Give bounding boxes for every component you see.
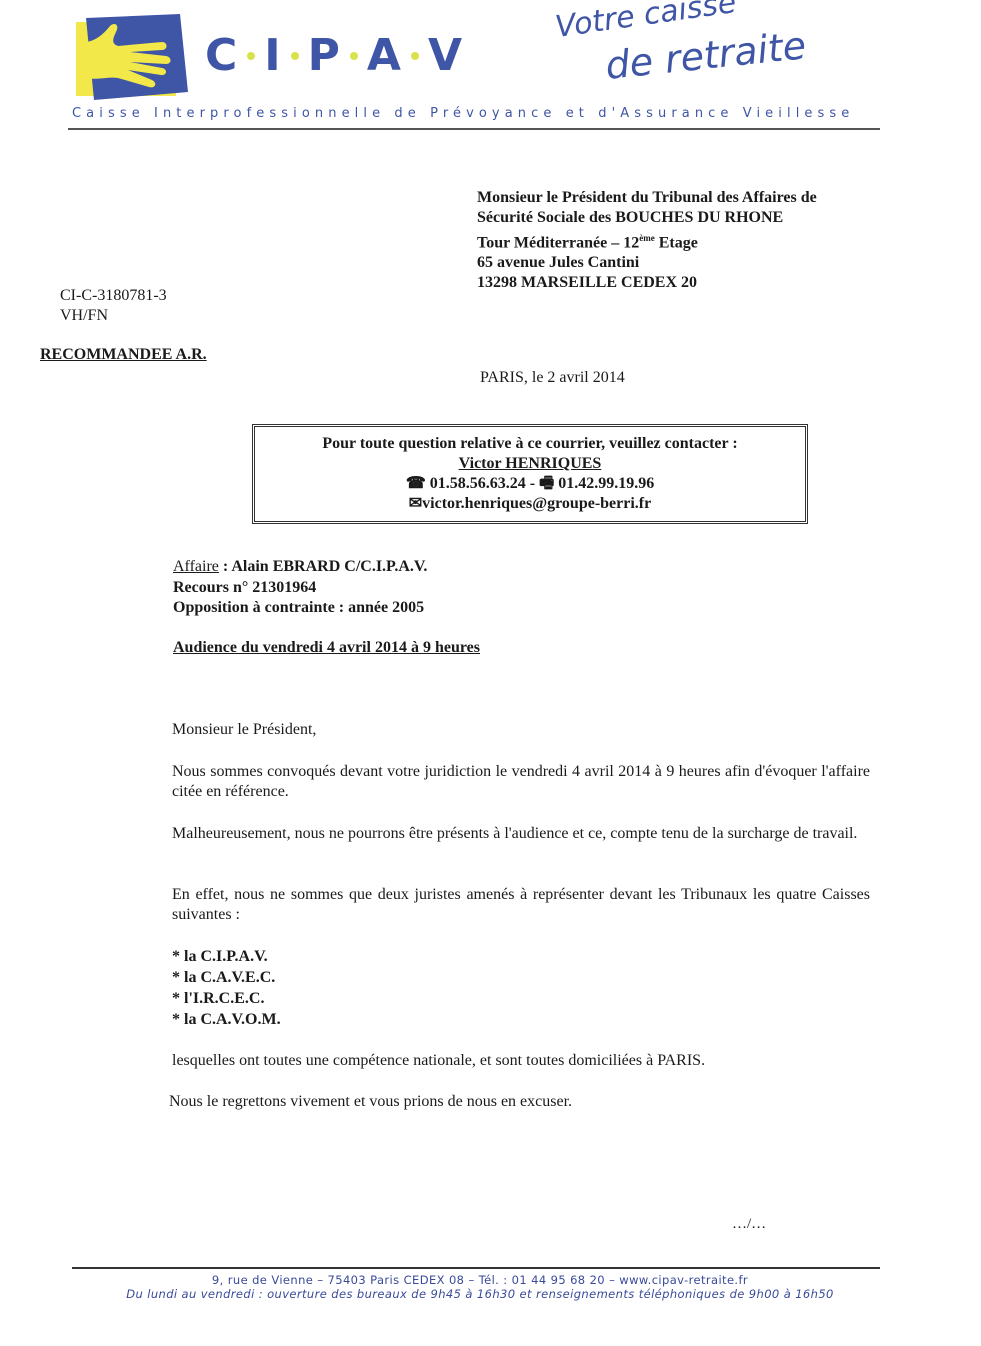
- list-item: * la C.A.V.E.C.: [172, 967, 281, 988]
- organization-full-name: Caisse Interprofessionnelle de Prévoyanc…: [72, 106, 882, 121]
- brand-wordmark: C I P A V: [205, 30, 463, 81]
- brand-dot: [411, 52, 419, 60]
- date-line: PARIS, le 2 avril 2014: [480, 369, 625, 387]
- contact-fax: 01.42.99.19.96: [558, 475, 654, 492]
- paragraph-3: En effet, nous ne sommes que deux jurist…: [172, 885, 870, 925]
- paragraph-1: Nous sommes convoqués devant votre jurid…: [172, 762, 870, 802]
- case-label: Affaire: [173, 558, 219, 575]
- case-value: : Alain EBRARD C/C.I.P.A.V.: [219, 558, 427, 575]
- list-item: * la C.A.V.O.M.: [172, 1009, 281, 1030]
- fax-icon: 🖷: [539, 475, 554, 492]
- recipient-line: Sécurité Sociale des BOUCHES DU RHONE: [477, 208, 817, 228]
- separator: -: [526, 475, 539, 492]
- case-block: Affaire : Alain EBRARD C/C.I.P.A.V. Reco…: [173, 557, 427, 619]
- reference-number: CI-C-3180781-3: [60, 286, 167, 306]
- footer-hours: Du lundi au vendredi : ouverture des bur…: [60, 1287, 900, 1301]
- contact-name: Victor HENRIQUES: [459, 455, 602, 472]
- contact-phones: ☎ 01.58.56.63.24 - 🖷 01.42.99.19.96: [255, 474, 805, 494]
- contact-box: Pour toute question relative à ce courri…: [252, 424, 808, 524]
- contact-email[interactable]: victor.henriques@groupe-berri.fr: [422, 495, 651, 512]
- footer-divider: [72, 1267, 880, 1269]
- reference-initials: VH/FN: [60, 306, 167, 326]
- list-item: * la C.I.P.A.V.: [172, 946, 281, 967]
- brand-letter: A: [367, 30, 402, 81]
- slogan: Votre caisse de retraite: [558, 10, 858, 92]
- phone-icon: ☎: [406, 475, 426, 492]
- brand-letter: V: [428, 30, 463, 81]
- header-divider: [68, 128, 880, 130]
- contact-intro: Pour toute question relative à ce courri…: [255, 434, 805, 454]
- list-item: * l'I.R.C.E.C.: [172, 988, 281, 1009]
- case-opposition: Opposition à contrainte : année 2005: [173, 598, 427, 619]
- ordinal-suffix: ème: [639, 233, 655, 243]
- email-icon: ✉: [409, 495, 422, 512]
- hearing-line: Audience du vendredi 4 avril 2014 à 9 he…: [173, 639, 480, 657]
- recipient-line: 65 avenue Jules Cantini: [477, 253, 817, 273]
- cipav-logo: [72, 12, 192, 102]
- caisses-list: * la C.I.P.A.V. * la C.A.V.E.C. * l'I.R.…: [172, 946, 281, 1030]
- recipient-line-text: Tour Méditerranée – 12: [477, 234, 639, 251]
- recipient-address: Monsieur le Président du Tribunal des Af…: [477, 188, 817, 293]
- contact-phone[interactable]: 01.58.56.63.24: [430, 475, 526, 492]
- hand-logo-icon: [72, 12, 192, 102]
- case-recours: Recours n° 21301964: [173, 578, 427, 599]
- footer-address: 9, rue de Vienne – 75403 Paris CEDEX 08 …: [60, 1273, 900, 1287]
- paragraph-2: Malheureusement, nous ne pourrons être p…: [172, 824, 870, 844]
- brand-dot: [350, 52, 358, 60]
- mail-type: RECOMMANDEE A.R.: [40, 346, 207, 364]
- brand-dot: [291, 52, 299, 60]
- brand-letter: C: [205, 30, 238, 81]
- continuation-mark: …/…: [732, 1216, 766, 1233]
- brand-dot: [247, 52, 255, 60]
- footer: 9, rue de Vienne – 75403 Paris CEDEX 08 …: [60, 1273, 900, 1301]
- brand-letter: P: [308, 30, 341, 81]
- paragraph-5: Nous le regrettons vivement et vous prio…: [169, 1092, 867, 1112]
- contact-email-row: ✉victor.henriques@groupe-berri.fr: [255, 494, 805, 514]
- recipient-line-text: Etage: [655, 234, 698, 251]
- recipient-line: Tour Méditerranée – 12ème Etage: [477, 228, 817, 253]
- paragraph-4: lesquelles ont toutes une compétence nat…: [172, 1051, 870, 1071]
- salutation: Monsieur le Président,: [172, 720, 870, 740]
- recipient-line: Monsieur le Président du Tribunal des Af…: [477, 188, 817, 208]
- brand-letter: I: [264, 30, 281, 81]
- reference-block: CI-C-3180781-3 VH/FN: [60, 286, 167, 326]
- recipient-line: 13298 MARSEILLE CEDEX 20: [477, 273, 817, 293]
